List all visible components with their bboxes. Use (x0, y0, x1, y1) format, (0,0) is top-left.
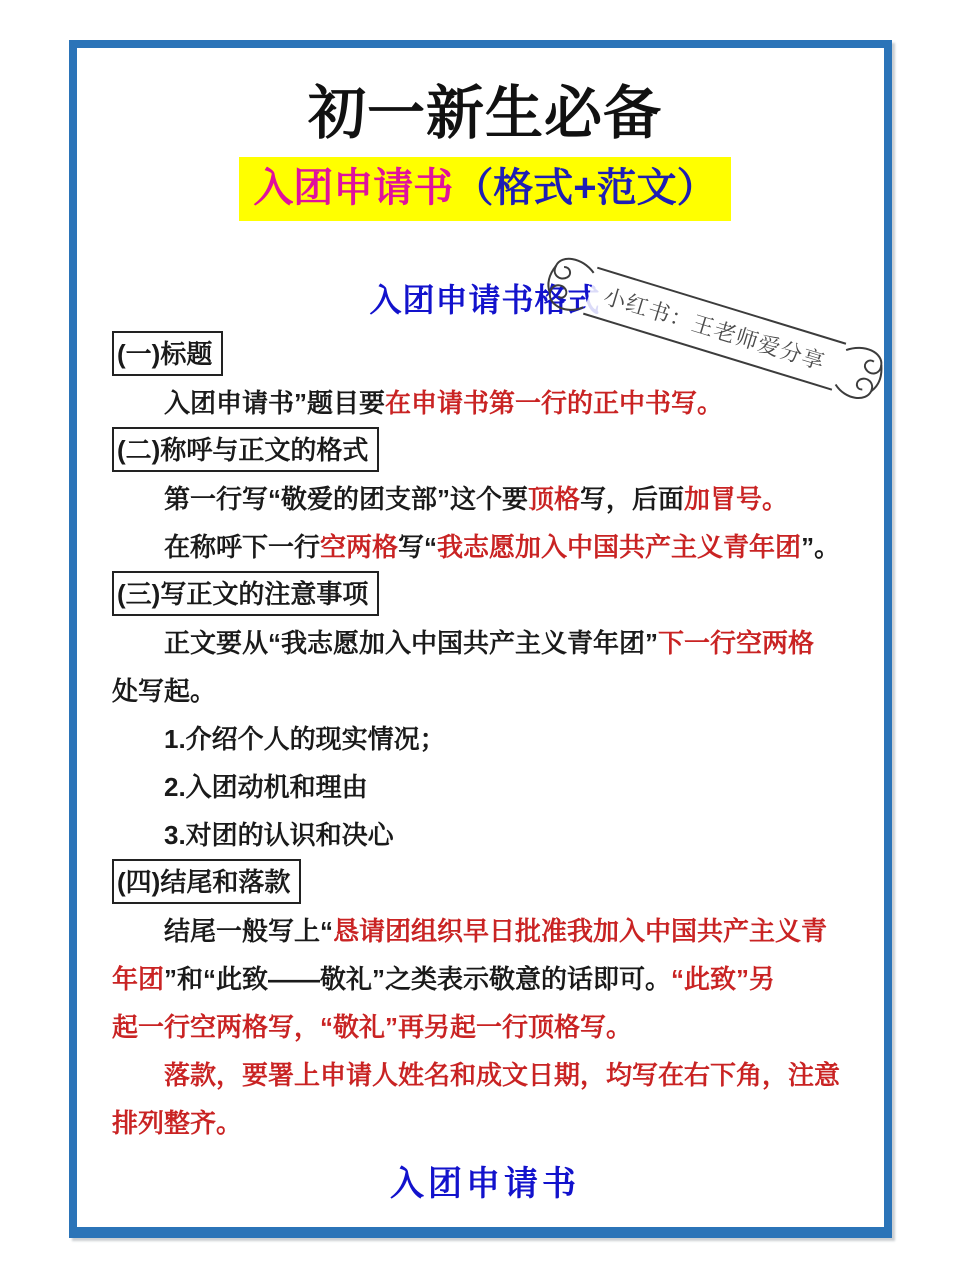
subtitle-highlight: 入团申请书 (253, 166, 453, 210)
text-segment: 空两格 (320, 527, 398, 564)
subtitle-banner-wrap: 入团申请书（格式+范文） (112, 157, 858, 221)
section-heading-row: (四)结尾和落款 (112, 858, 858, 906)
content-line: 结尾一般写上“恳请团组织早日批准我加入中国共产主义青 (112, 906, 858, 954)
content-line: 第一行写“敬爱的团支部”这个要顶格写，后面加冒号。 (112, 474, 858, 522)
section-heading-box: (四)结尾和落款 (112, 859, 301, 904)
text-segment: ”。 (801, 527, 840, 564)
text-segment: “此致”另 (671, 959, 775, 996)
section-heading-box: (二)称呼与正文的格式 (112, 427, 379, 472)
section-heading-box: (一)标题 (112, 331, 223, 376)
content-line: 年团”和“此致——敬礼”之类表示敬意的话即可。“此致”另 (112, 954, 858, 1002)
content-line: 1.介绍个人的现实情况； (112, 714, 858, 762)
text-segment: 年团 (112, 959, 164, 996)
content-line: 3.对团的认识和决心 (112, 810, 858, 858)
content-lines: (一)标题入团申请书”题目要在申请书第一行的正中书写。(二)称呼与正文的格式第一… (112, 330, 858, 1146)
format-section-heading: 入团申请书格式 (112, 275, 858, 321)
section-heading-row: (三)写正文的注意事项 (112, 570, 858, 618)
text-segment: 排列整齐。 (112, 1103, 242, 1140)
text-segment: 入团申请书”题目要 (164, 383, 385, 420)
content-line: 在称呼下一行空两格写“我志愿加入中国共产主义青年团”。 (112, 522, 858, 570)
text-segment: 第一行写“敬爱的团支部”这个要 (164, 479, 528, 516)
section-heading-box: (三)写正文的注意事项 (112, 571, 379, 616)
text-segment: 在申请书第一行的正中书写。 (385, 383, 723, 420)
content-line: 排列整齐。 (112, 1098, 858, 1146)
sample-section-heading: 入团申请书 (112, 1156, 858, 1205)
text-segment: 写“ (398, 527, 437, 564)
poster-content: 初一新生必备 入团申请书（格式+范文） 小红书：王老师爱分享 (77, 84, 884, 1263)
text-segment: 我志愿加入中国共产主义青年团 (437, 527, 801, 564)
content-line: 2.入团动机和理由 (112, 762, 858, 810)
text-segment: ”和“此致——敬礼”之类表示敬意的话即可。 (164, 959, 671, 996)
section-heading-row: (一)标题 (112, 330, 858, 378)
text-segment: 起一行空两格写，“敬礼”再另起一行顶格写。 (112, 1007, 632, 1044)
content-line: 入团申请书”题目要在申请书第一行的正中书写。 (112, 378, 858, 426)
text-segment: 2.入团动机和理由 (164, 767, 368, 804)
content-line: 起一行空两格写，“敬礼”再另起一行顶格写。 (112, 1002, 858, 1050)
poster-frame: 初一新生必备 入团申请书（格式+范文） 小红书：王老师爱分享 (69, 40, 892, 1238)
text-segment: 加冒号。 (684, 479, 788, 516)
text-segment: 正文要从“我志愿加入中国共产主义青年团” (164, 623, 658, 660)
text-segment: 结尾一般写上“ (164, 911, 333, 948)
text-segment: 落款，要署上申请人姓名和成文日期，均写在右下角，注意 (164, 1055, 840, 1092)
content-line: 正文要从“我志愿加入中国共产主义青年团”下一行空两格 (112, 618, 858, 666)
text-segment: 3.对团的认识和决心 (164, 815, 394, 852)
text-segment: 恳请团组织早日批准我加入中国共产主义青 (333, 911, 827, 948)
text-segment: 在称呼下一行 (164, 527, 320, 564)
text-segment: 1.介绍个人的现实情况； (164, 719, 446, 756)
text-segment: 顶格 (528, 479, 580, 516)
content-line: 处写起。 (112, 666, 858, 714)
content-line: 落款，要署上申请人姓名和成文日期，均写在右下角，注意 (112, 1050, 858, 1098)
subtitle-banner: 入团申请书（格式+范文） (239, 157, 730, 221)
text-segment: 下一行空两格 (658, 623, 814, 660)
text-segment: 写，后面 (580, 479, 684, 516)
text-segment: 处写起。 (112, 671, 216, 708)
section-heading-row: (二)称呼与正文的格式 (112, 426, 858, 474)
subtitle-rest: （格式+范文） (453, 166, 716, 210)
page-title: 初一新生必备 (112, 84, 858, 145)
